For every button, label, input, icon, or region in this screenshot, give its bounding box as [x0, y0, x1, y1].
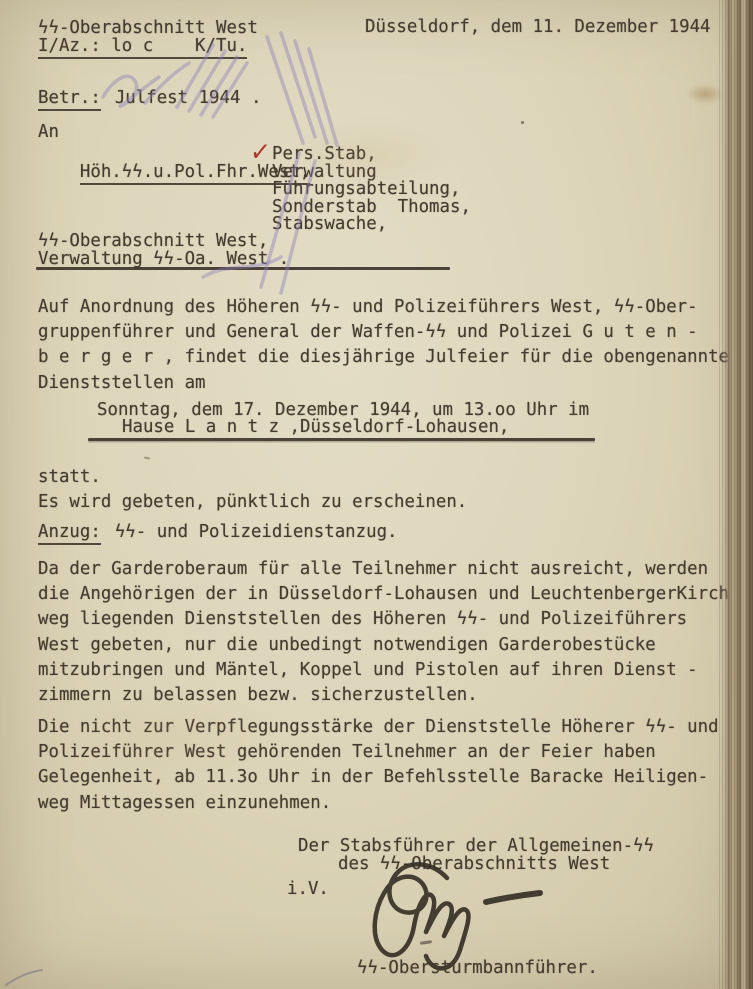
dress-code-line: Anzug: ϟϟ- und Polizeidienstanzug. — [38, 524, 398, 545]
recipient-item: ϟϟ-Oberabschnitt West, — [38, 233, 268, 251]
paragraph-line: Es wird gebeten, pünktlich zu erscheinen… — [38, 494, 467, 512]
event-underline-rule — [88, 438, 595, 441]
per-pro-abbreviation: i.V. — [287, 881, 329, 899]
dress-code-text: ϟϟ- und Polizeidienstanzug. — [115, 524, 398, 542]
ink-speck — [144, 456, 150, 459]
paragraph-line: weg Mittagessen einzunehmen. — [38, 791, 719, 816]
paragraph-line: Da der Garderoberaum für alle Teilnehmer… — [38, 557, 740, 582]
paper-stain — [290, 120, 450, 190]
date-line: Düsseldorf, dem 11. Dezember 1944 — [365, 19, 711, 37]
paragraph-line: mitzubringen und Mäntel, Koppel und Pist… — [38, 658, 740, 683]
address-underline-rule — [36, 267, 450, 270]
recipient-primary: Höh.ϟϟ.u.Pol.Fhr.West, — [38, 146, 310, 199]
paragraph-line: gruppenführer und General der Waffen-ϟϟ … — [38, 320, 740, 345]
ink-speck — [420, 940, 432, 945]
paragraph-line: weg liegenden Dienststellen des Höheren … — [38, 607, 740, 632]
recipient-item: Stabswache, — [272, 216, 471, 234]
closing-title-line: Der Stabsführer der Allgemeinen-ϟϟ — [298, 838, 654, 856]
book-binding-edge — [719, 0, 753, 989]
file-reference-text: I/Az.: lo c K/Tu. — [38, 36, 247, 59]
dress-code-label: Anzug: — [38, 524, 101, 545]
paragraph-line: Auf Anordnung des Höheren ϟϟ- und Polize… — [38, 295, 740, 320]
subject-label: Betr.: — [38, 90, 101, 111]
recipient-item: Verwaltung ϟϟ-Oa. West . — [38, 251, 289, 269]
subject-line: Betr.: Julfest 1944 . — [38, 90, 261, 111]
paragraph-line: statt. — [38, 469, 101, 487]
closing-title-line: des ϟϟ-Oberabschnitts West — [338, 856, 610, 874]
paragraph-order: Auf Anordnung des Höheren ϟϟ- und Polize… — [38, 295, 740, 396]
ink-speck — [521, 121, 524, 124]
letterhead-unit: ϟϟ-Oberabschnitt West — [38, 20, 258, 38]
paragraph-line: Dienststellen am — [38, 371, 740, 396]
event-place-line: Hause L a n t z ,Düsseldorf-Lohausen, — [122, 419, 509, 437]
paragraph-line: West gebeten, nur die unbedingt notwendi… — [38, 633, 740, 658]
scanned-letter-page: ϟϟ-Oberabschnitt West I/Az.: lo c K/Tu. … — [0, 0, 753, 989]
recipient-salutation: An — [38, 124, 59, 142]
paragraph-line: b e r g e r , findet die diesjährige Jul… — [38, 345, 740, 370]
paragraph-line: die Angehörigen der in Düsseldorf-Lohaus… — [38, 582, 740, 607]
paper-stain — [60, 690, 280, 780]
paragraph-wardrobe: Da der Garderoberaum für alle Teilnehmer… — [38, 557, 740, 708]
letterhead-file-reference: I/Az.: lo c K/Tu. — [38, 38, 247, 56]
pencil-mark — [4, 963, 46, 989]
subject-text: Julfest 1944 . — [115, 90, 262, 108]
signer-rank: ϟϟ-Obersturmbannführer. — [357, 960, 598, 978]
